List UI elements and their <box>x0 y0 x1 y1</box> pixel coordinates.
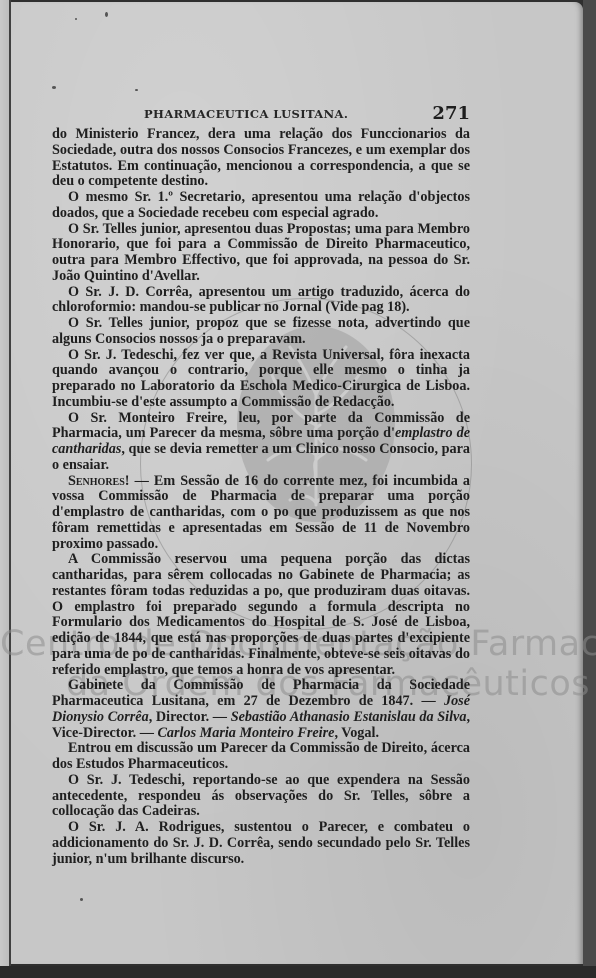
text-segment: , Vogal. <box>334 725 379 741</box>
text-segment: O Sr. Telles junior, propoz que se fizes… <box>52 315 470 347</box>
italic-text: Carlos Maria Monteiro Freire <box>157 725 334 741</box>
text-segment: O Sr. J. A. Rodrigues, sustentou o Parec… <box>52 819 470 867</box>
italic-text: Sebastião Athanasio Estanislau da Silva <box>231 709 467 725</box>
text-segment: do Ministerio Francez, dera uma relação … <box>52 126 470 189</box>
page-border-bottom <box>0 966 596 978</box>
running-title: PHARMACEUTICA LUSITANA. <box>144 107 348 121</box>
paragraph: O Sr. J. A. Rodrigues, sustentou o Parec… <box>52 820 470 867</box>
text-segment: Senhores! <box>68 473 130 489</box>
text-segment: O Sr. J. Tedeschi, reportando-se ao que … <box>52 772 470 820</box>
paragraph: O Sr. Monteiro Freire, leu, por parte da… <box>52 411 470 474</box>
text-segment: Entrou em discussão um Parecer da Commis… <box>52 740 470 772</box>
previous-page-edge <box>0 0 11 978</box>
text-segment: , Director. — <box>149 709 231 725</box>
text-segment: O Sr. Telles junior, apresentou duas Pro… <box>52 221 470 284</box>
text-segment: A Commissão reservou uma pequena porção … <box>52 551 470 677</box>
text-segment: O Sr. J. D. Corrêa, apresentou um artigo… <box>52 284 470 316</box>
page-border-right <box>583 0 596 978</box>
page-header: PHARMACEUTICA LUSITANA. 271 <box>52 103 470 123</box>
paragraph: O Sr. J. Tedeschi, fez ver que, a Revist… <box>52 348 470 411</box>
paragraph: O Sr. J. D. Corrêa, apresentou um artigo… <box>52 285 470 317</box>
paragraph: O Sr. Telles junior, propoz que se fizes… <box>52 316 470 348</box>
text-segment: Gabinete da Commissão de Pharmacia da So… <box>52 677 470 709</box>
page-number: 271 <box>432 103 470 124</box>
paragraph: Entrou em discussão um Parecer da Commis… <box>52 741 470 773</box>
paragraph: O Sr. Telles junior, apresentou duas Pro… <box>52 222 470 285</box>
paragraph: Senhores! — Em Sessão de 16 do corrente … <box>52 474 470 553</box>
scanned-page-viewer: Centro de Documentação Farmacêutica da O… <box>0 0 596 978</box>
paragraph: do Ministerio Francez, dera uma relação … <box>52 127 470 190</box>
paragraph: O mesmo Sr. 1.º Secretario, apresentou u… <box>52 190 470 222</box>
paragraph: Gabinete da Commissão de Pharmacia da So… <box>52 678 470 741</box>
text-segment: O Sr. J. Tedeschi, fez ver que, a Revist… <box>52 347 470 410</box>
text-segment: O mesmo Sr. 1.º Secretario, apresentou u… <box>52 189 470 221</box>
paragraph: O Sr. J. Tedeschi, reportando-se ao que … <box>52 773 470 820</box>
page-body-text: do Ministerio Francez, dera uma relação … <box>52 127 470 867</box>
paragraph: A Commissão reservou uma pequena porção … <box>52 552 470 678</box>
